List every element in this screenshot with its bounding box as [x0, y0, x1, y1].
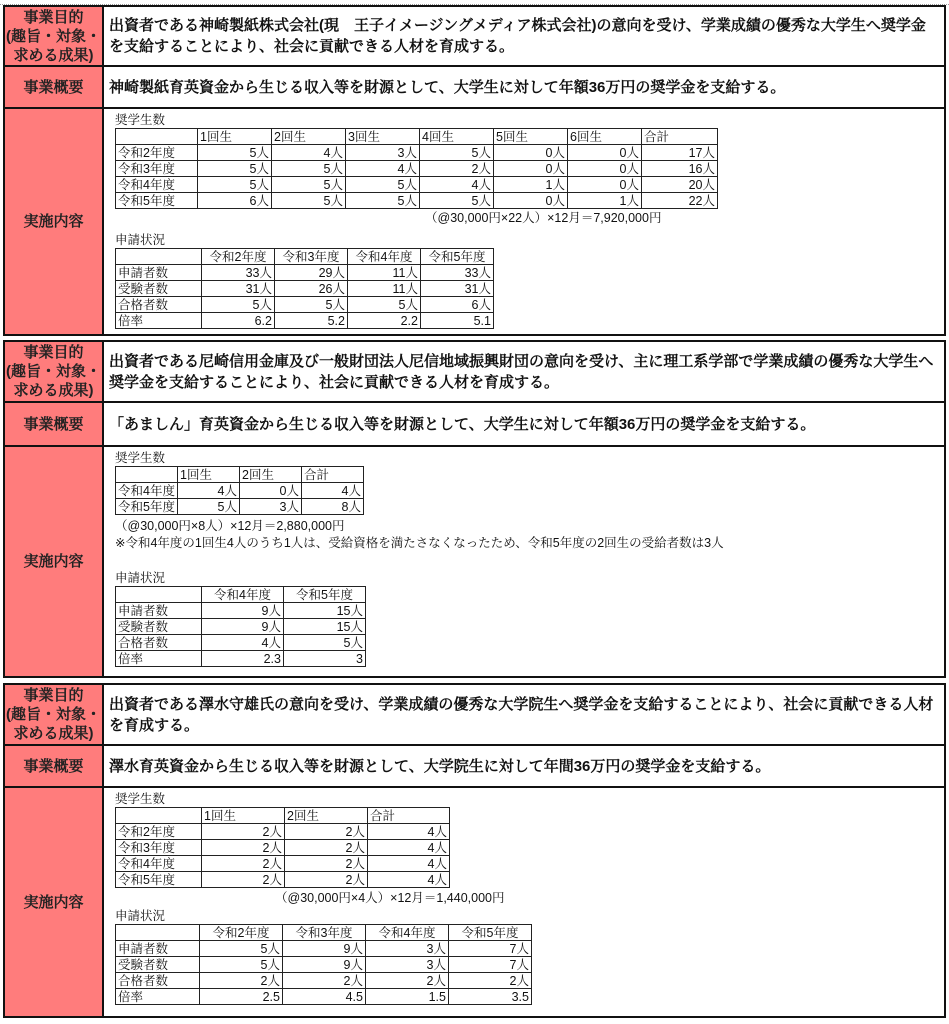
data-cell: 6人: [198, 193, 272, 209]
data-cell: 7人: [449, 941, 532, 957]
row-header-cell: 令和2年度: [116, 824, 202, 840]
table-row: 合格者数 5人 5人 5人 6人: [116, 297, 494, 313]
table-row: 令和5年度 5人 3人 8人: [116, 499, 364, 515]
data-cell: 5人: [200, 957, 283, 973]
row-header-cell: 倍率: [116, 651, 202, 667]
content-label: 実施内容: [5, 447, 104, 676]
data-cell: 5人: [348, 297, 421, 313]
data-cell: 5人: [420, 193, 494, 209]
data-cell: 3人: [346, 145, 420, 161]
data-cell: 2人: [283, 973, 366, 989]
data-cell: 5人: [198, 161, 272, 177]
data-cell: 29人: [275, 265, 348, 281]
row-header-cell: 令和4年度: [116, 177, 198, 193]
overview-row: 事業概要 「あましん」育英資金から生じる収入等を財源として、大学生に対して年額3…: [5, 403, 944, 447]
table-row: 令和4年度 2人 2人 4人: [116, 856, 450, 872]
row-header-cell: 令和5年度: [116, 193, 198, 209]
data-cell: 33人: [202, 265, 275, 281]
overview-label: 事業概要: [5, 746, 104, 786]
data-cell: 6人: [421, 297, 494, 313]
data-cell: 7人: [449, 957, 532, 973]
data-cell: 9人: [283, 941, 366, 957]
scholars-caption: 奨学生数: [115, 113, 165, 127]
data-cell: 0人: [494, 145, 568, 161]
content-label: 実施内容: [5, 788, 104, 1016]
header-cell: [116, 808, 202, 824]
data-cell: 5人: [198, 177, 272, 193]
data-cell: 9人: [202, 603, 284, 619]
data-cell: 16人: [642, 161, 718, 177]
table-row: 申請者数 9人 15人: [116, 603, 366, 619]
table-header-row: 1回生 2回生 合計: [116, 808, 450, 824]
data-cell: 2人: [200, 973, 283, 989]
data-cell: 2人: [420, 161, 494, 177]
row-header-cell: 令和4年度: [116, 856, 202, 872]
header-cell: 令和4年度: [366, 925, 449, 941]
data-cell: 5.1: [421, 313, 494, 329]
header-cell: 合計: [642, 129, 718, 145]
row-header-cell: 令和5年度: [116, 872, 202, 888]
table-header-row: 令和2年度 令和3年度 令和4年度 令和5年度: [116, 925, 532, 941]
table-row: 倍率 2.5 4.5 1.5 3.5: [116, 989, 532, 1005]
data-cell: 11人: [348, 281, 421, 297]
data-cell: 26人: [275, 281, 348, 297]
data-cell: 31人: [202, 281, 275, 297]
table-row: 令和2年度 2人 2人 4人: [116, 824, 450, 840]
data-cell: 22人: [642, 193, 718, 209]
overview-row: 事業概要 神崎製紙育英資金から生じる収入等を財源として、大学生に対して年額36万…: [5, 67, 944, 109]
data-cell: 3人: [366, 957, 449, 973]
scholarship-formula: （@30,000円×22人）×12月＝7,920,000円: [425, 211, 661, 226]
data-cell: 5人: [346, 177, 420, 193]
data-cell: 9人: [202, 619, 284, 635]
header-cell: 令和5年度: [449, 925, 532, 941]
scholars-table: 1回生 2回生 3回生 4回生 5回生 6回生 合計 令和2年度 5人 4人 3…: [115, 128, 718, 209]
data-cell: 0人: [494, 193, 568, 209]
overview-text: 「あましん」育英資金から生じる収入等を財源として、大学生に対して年額36万円の奨…: [109, 403, 938, 445]
scholarship-formula: （@30,000円×8人）×12月＝2,880,000円: [115, 519, 345, 534]
data-cell: 33人: [421, 265, 494, 281]
header-cell: 合計: [302, 467, 364, 483]
header-cell: [116, 587, 202, 603]
data-cell: 5人: [202, 297, 275, 313]
purpose-row: 事業目的 (趣旨・対象・ 求める成果) 出資者である澤水守雄氏の意向を受け、学業…: [5, 685, 944, 746]
scholarship-footnote: ※令和4年度の1回生4人のうち1人は、受給資格を満たさなくなったため、令和5年度…: [115, 536, 724, 551]
data-cell: 4人: [202, 635, 284, 651]
table-row: 合格者数 2人 2人 2人 2人: [116, 973, 532, 989]
applications-caption: 申請状況: [115, 909, 165, 923]
row-header-cell: 令和4年度: [116, 483, 178, 499]
purpose-text: 出資者である尼崎信用金庫及び一般財団法人尼信地域振興財団の意向を受け、主に理工系…: [109, 342, 938, 401]
data-cell: 0人: [568, 161, 642, 177]
table-row: 倍率 2.3 3: [116, 651, 366, 667]
data-cell: 0人: [494, 161, 568, 177]
table-header-row: 令和4年度 令和5年度: [116, 587, 366, 603]
table-header-row: 1回生 2回生 3回生 4回生 5回生 6回生 合計: [116, 129, 718, 145]
data-cell: 3: [284, 651, 366, 667]
header-cell: 令和2年度: [200, 925, 283, 941]
row-header-cell: 合格者数: [116, 635, 202, 651]
row-header-cell: 受験者数: [116, 619, 202, 635]
header-cell: [116, 467, 178, 483]
scholarship-formula: （@30,000円×4人）×12月＝1,440,000円: [275, 891, 505, 906]
data-cell: 2.2: [348, 313, 421, 329]
data-cell: 5人: [346, 193, 420, 209]
row-header-cell: 倍率: [116, 313, 202, 329]
data-cell: 2人: [449, 973, 532, 989]
data-cell: 2.5: [200, 989, 283, 1005]
data-cell: 3.5: [449, 989, 532, 1005]
header-cell: 1回生: [198, 129, 272, 145]
row-header-cell: 令和2年度: [116, 145, 198, 161]
table-row: 令和2年度 5人 4人 3人 5人 0人 0人 17人: [116, 145, 718, 161]
data-cell: 4人: [368, 856, 450, 872]
header-cell: [116, 925, 200, 941]
content-body: 奨学生数 1回生 2回生 合計 令和4年度 4人 0人 4人 令和5年度 5: [109, 447, 940, 676]
program-section-1: 事業目的 (趣旨・対象・ 求める成果) 出資者である神崎製紙株式会社(現 王子イ…: [3, 5, 946, 336]
data-cell: 8人: [302, 499, 364, 515]
header-cell: 令和4年度: [202, 587, 284, 603]
scholars-caption: 奨学生数: [115, 451, 165, 465]
header-cell: 6回生: [568, 129, 642, 145]
purpose-label: 事業目的 (趣旨・対象・ 求める成果): [5, 7, 104, 65]
data-cell: 4人: [368, 824, 450, 840]
data-cell: 4人: [368, 872, 450, 888]
data-cell: 5人: [272, 177, 346, 193]
data-cell: 1.5: [366, 989, 449, 1005]
data-cell: 5人: [284, 635, 366, 651]
data-cell: 0人: [240, 483, 302, 499]
content-row: 実施内容 奨学生数 1回生 2回生 合計 令和2年度 2人 2人 4人 令: [5, 788, 944, 1016]
header-cell: 令和3年度: [283, 925, 366, 941]
data-cell: 5人: [275, 297, 348, 313]
applications-table: 令和2年度 令和3年度 令和4年度 令和5年度 申請者数 33人 29人 11人…: [115, 248, 494, 329]
row-header-cell: 受験者数: [116, 281, 202, 297]
header-cell: 令和5年度: [284, 587, 366, 603]
data-cell: 2人: [202, 872, 285, 888]
data-cell: 4人: [420, 177, 494, 193]
data-cell: 31人: [421, 281, 494, 297]
data-cell: 4人: [272, 145, 346, 161]
header-cell: 令和5年度: [421, 249, 494, 265]
table-row: 令和4年度 5人 5人 5人 4人 1人 0人 20人: [116, 177, 718, 193]
header-cell: 2回生: [272, 129, 346, 145]
data-cell: 1人: [494, 177, 568, 193]
header-cell: 3回生: [346, 129, 420, 145]
content-row: 実施内容 奨学生数 1回生 2回生 合計 令和4年度 4人 0人 4人 令: [5, 447, 944, 676]
row-header-cell: 合格者数: [116, 973, 200, 989]
row-header-cell: 申請者数: [116, 265, 202, 281]
data-cell: 4人: [302, 483, 364, 499]
table-row: 令和5年度 2人 2人 4人: [116, 872, 450, 888]
data-cell: 15人: [284, 603, 366, 619]
table-row: 合格者数 4人 5人: [116, 635, 366, 651]
content-body: 奨学生数 1回生 2回生 3回生 4回生 5回生 6回生 合計 令和2年度 5人…: [109, 109, 940, 334]
table-row: 受験者数 5人 9人 3人 7人: [116, 957, 532, 973]
program-section-2: 事業目的 (趣旨・対象・ 求める成果) 出資者である尼崎信用金庫及び一般財団法人…: [3, 340, 946, 678]
purpose-text: 出資者である神崎製紙株式会社(現 王子イメージングメディア株式会社)の意向を受け…: [109, 7, 938, 65]
header-cell: 4回生: [420, 129, 494, 145]
overview-text: 神崎製紙育英資金から生じる収入等を財源として、大学生に対して年額36万円の奨学金…: [109, 67, 938, 107]
overview-row: 事業概要 澤水育英資金から生じる収入等を財源として、大学院生に対して年間36万円…: [5, 746, 944, 788]
table-row: 令和4年度 4人 0人 4人: [116, 483, 364, 499]
data-cell: 3人: [366, 941, 449, 957]
header-cell: 2回生: [240, 467, 302, 483]
data-cell: 2人: [285, 840, 368, 856]
data-cell: 3人: [240, 499, 302, 515]
data-cell: 4人: [346, 161, 420, 177]
scholars-table: 1回生 2回生 合計 令和4年度 4人 0人 4人 令和5年度 5人 3人 8人: [115, 466, 364, 515]
table-row: 倍率 6.2 5.2 2.2 5.1: [116, 313, 494, 329]
data-cell: 4人: [178, 483, 240, 499]
row-header-cell: 令和3年度: [116, 840, 202, 856]
data-cell: 4.5: [283, 989, 366, 1005]
data-cell: 2人: [202, 856, 285, 872]
data-cell: 17人: [642, 145, 718, 161]
row-header-cell: 申請者数: [116, 941, 200, 957]
data-cell: 5人: [178, 499, 240, 515]
table-row: 令和3年度 5人 5人 4人 2人 0人 0人 16人: [116, 161, 718, 177]
data-cell: 0人: [568, 145, 642, 161]
header-cell: 令和2年度: [202, 249, 275, 265]
purpose-label: 事業目的 (趣旨・対象・ 求める成果): [5, 685, 104, 744]
scholars-caption: 奨学生数: [115, 792, 165, 806]
content-label: 実施内容: [5, 109, 104, 334]
row-header-cell: 倍率: [116, 989, 200, 1005]
scholars-table: 1回生 2回生 合計 令和2年度 2人 2人 4人 令和3年度 2人 2人 4人: [115, 807, 450, 888]
applications-table: 令和2年度 令和3年度 令和4年度 令和5年度 申請者数 5人 9人 3人 7人…: [115, 924, 532, 1005]
table-row: 受験者数 31人 26人 11人 31人: [116, 281, 494, 297]
table-row: 申請者数 33人 29人 11人 33人: [116, 265, 494, 281]
data-cell: 1人: [568, 193, 642, 209]
overview-label: 事業概要: [5, 403, 104, 445]
data-cell: 4人: [368, 840, 450, 856]
data-cell: 2人: [285, 872, 368, 888]
row-header-cell: 受験者数: [116, 957, 200, 973]
data-cell: 2人: [366, 973, 449, 989]
data-cell: 20人: [642, 177, 718, 193]
data-cell: 5人: [420, 145, 494, 161]
applications-caption: 申請状況: [115, 571, 165, 585]
data-cell: 2人: [202, 824, 285, 840]
table-row: 受験者数 9人 15人: [116, 619, 366, 635]
data-cell: 6.2: [202, 313, 275, 329]
content-row: 実施内容 奨学生数 1回生 2回生 3回生 4回生 5回生 6回生 合計 令和2…: [5, 109, 944, 334]
table-row: 令和3年度 2人 2人 4人: [116, 840, 450, 856]
header-cell: [116, 249, 202, 265]
data-cell: 5人: [272, 193, 346, 209]
header-cell: 令和4年度: [348, 249, 421, 265]
data-cell: 5人: [200, 941, 283, 957]
data-cell: 5.2: [275, 313, 348, 329]
header-cell: 5回生: [494, 129, 568, 145]
header-cell: 1回生: [202, 808, 285, 824]
row-header-cell: 申請者数: [116, 603, 202, 619]
data-cell: 2人: [202, 840, 285, 856]
purpose-row: 事業目的 (趣旨・対象・ 求める成果) 出資者である神崎製紙株式会社(現 王子イ…: [5, 7, 944, 67]
data-cell: 15人: [284, 619, 366, 635]
data-cell: 0人: [568, 177, 642, 193]
header-cell: 合計: [368, 808, 450, 824]
data-cell: 2人: [285, 824, 368, 840]
data-cell: 2.3: [202, 651, 284, 667]
applications-caption: 申請状況: [115, 233, 165, 247]
applications-table: 令和4年度 令和5年度 申請者数 9人 15人 受験者数 9人 15人 合格者数…: [115, 586, 366, 667]
data-cell: 5人: [198, 145, 272, 161]
data-cell: 9人: [283, 957, 366, 973]
purpose-row: 事業目的 (趣旨・対象・ 求める成果) 出資者である尼崎信用金庫及び一般財団法人…: [5, 342, 944, 403]
overview-text: 澤水育英資金から生じる収入等を財源として、大学院生に対して年間36万円の奨学金を…: [109, 746, 938, 786]
table-header-row: 1回生 2回生 合計: [116, 467, 364, 483]
row-header-cell: 令和3年度: [116, 161, 198, 177]
header-cell: 2回生: [285, 808, 368, 824]
table-header-row: 令和2年度 令和3年度 令和4年度 令和5年度: [116, 249, 494, 265]
header-cell: [116, 129, 198, 145]
purpose-label: 事業目的 (趣旨・対象・ 求める成果): [5, 342, 104, 401]
table-row: 申請者数 5人 9人 3人 7人: [116, 941, 532, 957]
header-cell: 令和3年度: [275, 249, 348, 265]
data-cell: 5人: [272, 161, 346, 177]
program-section-3: 事業目的 (趣旨・対象・ 求める成果) 出資者である澤水守雄氏の意向を受け、学業…: [3, 683, 946, 1018]
data-cell: 11人: [348, 265, 421, 281]
purpose-text: 出資者である澤水守雄氏の意向を受け、学業成績の優秀な大学院生へ奨学金を支給するこ…: [109, 685, 938, 744]
header-cell: 1回生: [178, 467, 240, 483]
table-row: 令和5年度 6人 5人 5人 5人 0人 1人 22人: [116, 193, 718, 209]
data-cell: 2人: [285, 856, 368, 872]
row-header-cell: 令和5年度: [116, 499, 178, 515]
content-body: 奨学生数 1回生 2回生 合計 令和2年度 2人 2人 4人 令和3年度 2: [109, 788, 940, 1016]
overview-label: 事業概要: [5, 67, 104, 107]
row-header-cell: 合格者数: [116, 297, 202, 313]
